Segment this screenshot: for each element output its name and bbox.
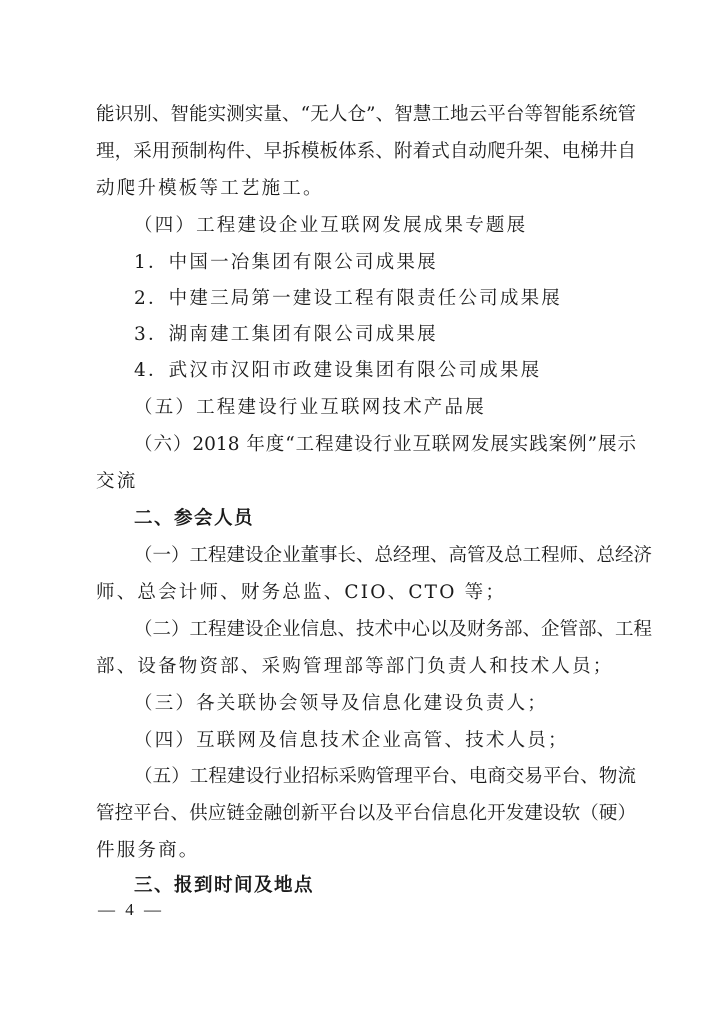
paragraph-line: 管控平台、供应链金融创新平台以及平台信息化开发建设软（硬） [96,802,636,826]
paragraph-line: 理，采用预制构件、早拆模板体系、附着式自动爬升架、电梯井自 [96,140,636,164]
paragraph-line: （五）工程建设行业招标采购管理平台、电商交易平台、物流 [134,765,636,789]
paragraph-line: （一）工程建设企业董事长、总经理、高管及总工程师、总经济 [134,544,636,568]
section-subheading: （四）工程建设企业互联网发展成果专题展 [134,214,674,238]
list-item: 1．中国一冶集团有限公司成果展 [134,251,674,275]
section-heading: 三、报到时间及地点 [134,874,674,898]
paragraph-line: （三）各关联协会领导及信息化建设负责人； [134,692,674,716]
paragraph-line: （二）工程建设企业信息、技术中心以及财务部、企管部、工程 [134,618,636,642]
list-item: 4．武汉市汉阳市政建设集团有限公司成果展 [134,359,674,383]
page-number: — 4 — [98,900,164,920]
paragraph-line: 能识别、智能实测实量、“无人仓”、智慧工地云平台等智能系统管 [96,103,636,127]
paragraph-line: 师、总会计师、财务总监、CIO、CTO 等； [96,581,636,605]
document-page: 能识别、智能实测实量、“无人仓”、智慧工地云平台等智能系统管 理，采用预制构件、… [0,0,724,1024]
paragraph-line: 部、设备物资部、采购管理部等部门负责人和技术人员； [96,655,636,679]
section-subheading: （五）工程建设行业互联网技术产品展 [134,396,674,420]
paragraph-line: （四）互联网及信息技术企业高管、技术人员； [134,729,674,753]
paragraph-line: 动爬升模板等工艺施工。 [96,177,636,201]
paragraph-line: 交流 [96,470,636,494]
list-item: 2．中建三局第一建设工程有限责任公司成果展 [134,287,674,311]
list-item: 3．湖南建工集团有限公司成果展 [134,323,674,347]
section-subheading: （六）2018 年度“工程建设行业互联网发展实践案例”展示 [134,433,636,457]
paragraph-line: 件服务商。 [96,839,636,863]
section-heading: 二、参会人员 [134,507,674,531]
